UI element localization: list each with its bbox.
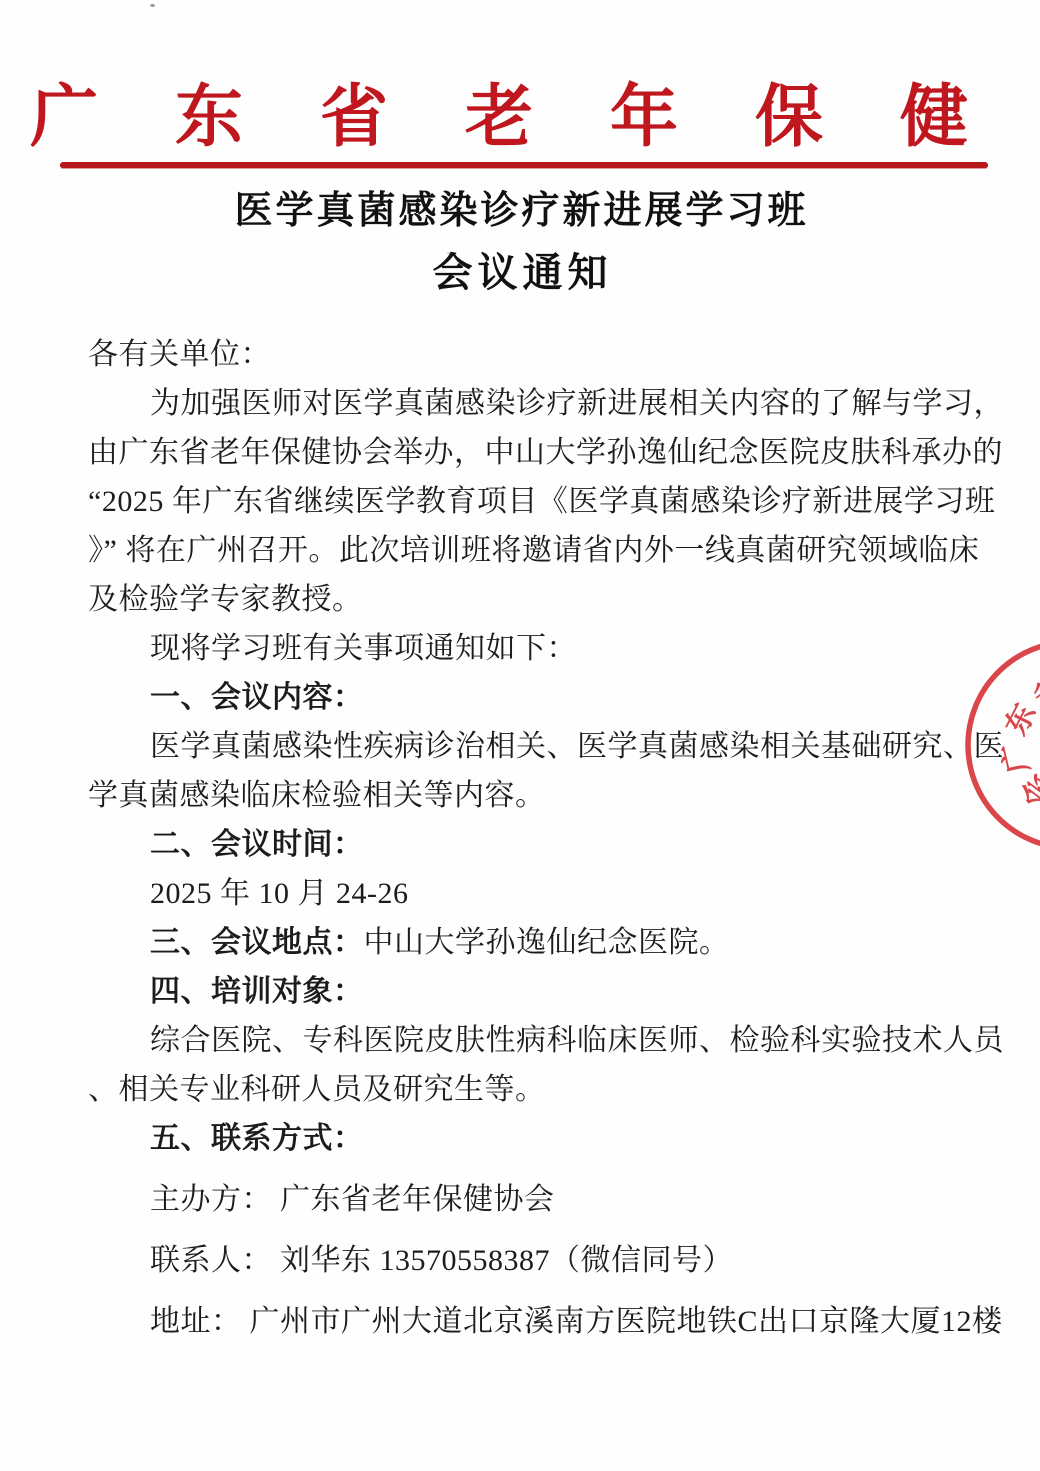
section-label: 三、会议地点： [150,926,364,959]
text-line: 主办方： 广东省老年保健协会 [88,1175,963,1224]
text-line: 地址： 广州市广州大道北京溪南方医院地铁C出口京隆大厦12楼 [88,1297,963,1346]
svg-text:省: 省 [1029,672,1040,714]
scan-speck-icon [447,252,450,254]
document-page: 广 东 省 老 年 保 健 协 会 医学真菌感染诊疗新进展学习班 会议通知 各有… [0,0,1040,1471]
letterhead-org-title: 广 东 省 老 年 保 健 协 会 [0,80,1040,155]
svg-text:东: 东 [1000,699,1040,741]
text-line: 由广东省老年保健协会举办，中山大学孙逸仙纪念医院皮肤科承办的 [88,428,963,477]
text-line: 五、联系方式： [88,1114,963,1163]
document-subtitle: 会议通知 [0,248,1040,298]
section-value: 中山大学孙逸仙纪念医院。 [364,926,730,959]
text-line: 二、会议时间： [88,820,963,869]
text-line: 医学真菌感染性疾病诊治相关、医学真菌感染相关基础研究、医 [88,722,963,771]
text-line: “2025 年广东省继续医学教育项目《医学真菌感染诊疗新进展学习班 [88,477,963,526]
text-line: 学真菌感染临床检验相关等内容。 [88,771,963,820]
text-line: 及检验学专家教授。 [88,575,963,624]
text-line: 三、会议地点：中山大学孙逸仙纪念医院。 [88,918,963,967]
svg-text:会: 会 [1015,768,1040,812]
text-line: 一、会议内容： [88,673,963,722]
text-line: 为加强医师对医学真菌感染诊疗新进展相关内容的了解与学习， [88,379,963,428]
document-title: 医学真菌感染诊疗新进展学习班 [0,188,1040,236]
text-line: 》” 将在广州召开。此次培训班将邀请省内外一线真菌研究领域临床 [88,526,963,575]
text-line: 四、培训对象： [88,967,963,1016]
text-line: 联系人： 刘华东 13570558387（微信同号） [88,1236,963,1285]
text-line: 现将学习班有关事项通知如下： [88,624,963,673]
letterhead-divider-rule [60,162,988,168]
text-line: 、相关专业科研人员及研究生等。 [88,1065,963,1114]
text-line: 各有关单位： [88,330,963,379]
text-line: 综合医院、专科医院皮肤性病科临床医师、检验科实验技术人员 [88,1016,963,1065]
text-line: 2025 年 10 月 24-26 [88,869,963,918]
body-lines: 各有关单位：为加强医师对医学真菌感染诊疗新进展相关内容的了解与学习，由广东省老年… [88,330,963,1346]
scan-speck-icon [150,4,155,7]
